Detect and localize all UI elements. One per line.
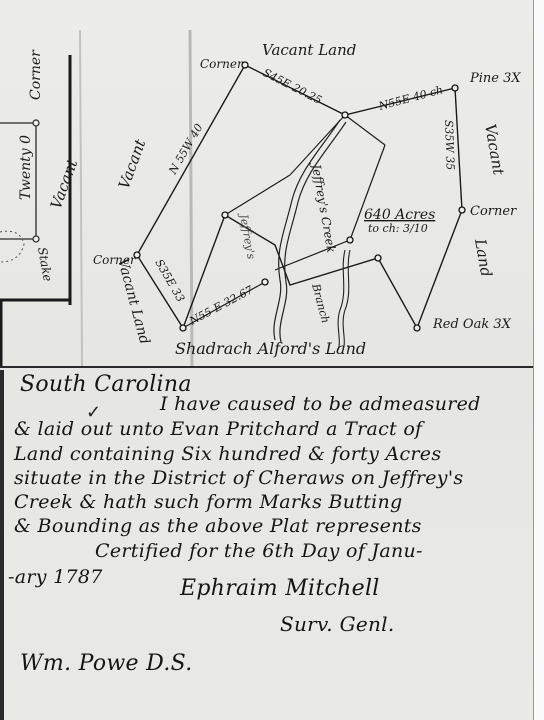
text-line: & Bounding as the above Plat represents	[14, 515, 422, 537]
label-corner-left: Corner	[93, 253, 137, 267]
corner-marker	[452, 85, 458, 91]
creek	[274, 120, 350, 350]
corner-marker	[180, 325, 186, 331]
signature-title: Surv. Genl.	[280, 612, 395, 636]
corner-marker	[242, 62, 248, 68]
line-label: N55E 40 ch	[376, 83, 444, 113]
text-line: situate in the District of Cheraws on Je…	[14, 467, 463, 489]
adjacent-label: Corner	[28, 49, 44, 100]
text-line: -ary 1787	[8, 566, 103, 588]
ruling-line	[80, 30, 82, 366]
line-label: S45E 20.25	[261, 66, 324, 107]
page-edge	[533, 0, 544, 720]
corner-marker	[342, 112, 348, 118]
adjacent-plat: Corner Twenty 0 Vacant Stake	[0, 49, 82, 366]
text-line: Certified for the 6th Day of Janu-	[95, 540, 423, 562]
label-vacant-right: Vacant	[481, 123, 508, 178]
text-line: & laid out unto Evan Pritchard a Tract o…	[14, 418, 422, 440]
label-vacant-top: Vacant Land	[262, 41, 356, 59]
corner-marker	[375, 255, 381, 261]
corner-marker	[262, 279, 268, 285]
label-vacant-left: Vacant	[115, 136, 150, 191]
creek-label: Jeffrey's Creek	[309, 160, 339, 254]
creek-label: Branch	[309, 281, 332, 324]
adjacent-label: Twenty 0	[18, 135, 34, 200]
plat-drawing: Corner Twenty 0 Vacant Stake	[0, 0, 544, 366]
signature-surveyor: Ephraim Mitchell	[180, 576, 380, 601]
label-corner-right: Corner	[470, 204, 517, 219]
line-label: S35E 33	[152, 257, 187, 304]
corner-marker	[347, 237, 353, 243]
adjacent-label: Vacant	[47, 156, 82, 211]
signature-deputy: Wm. Powe D.S.	[20, 651, 193, 676]
label-pine: Pine 3X	[469, 71, 521, 86]
line-label: S35W 35	[442, 120, 457, 171]
label-shadrach: Shadrach Alford's Land	[175, 339, 366, 358]
page-edge	[0, 370, 4, 720]
label-corner-top: Corner	[200, 57, 244, 71]
label-red-oak: Red Oak 3X	[432, 317, 512, 332]
adjacent-label: Stake	[35, 246, 55, 282]
text-line: Land containing Six hundred & forty Acre…	[14, 443, 441, 465]
corner-marker	[414, 325, 420, 331]
creek-label: Jeffrey's	[237, 211, 258, 260]
text-line: I have caused to be admeasured	[160, 393, 481, 415]
corner-marker	[222, 212, 228, 218]
label-acreage: 640 Acres	[364, 207, 435, 223]
document-page: Corner Twenty 0 Vacant Stake	[0, 0, 544, 720]
section-divider	[0, 366, 534, 368]
corner-marker	[459, 207, 465, 213]
text-line: Creek & hath such form Marks Butting	[14, 491, 403, 513]
label-acreage-sub: to ch: 3/10	[368, 222, 428, 235]
label-land-right: Land	[471, 237, 496, 279]
